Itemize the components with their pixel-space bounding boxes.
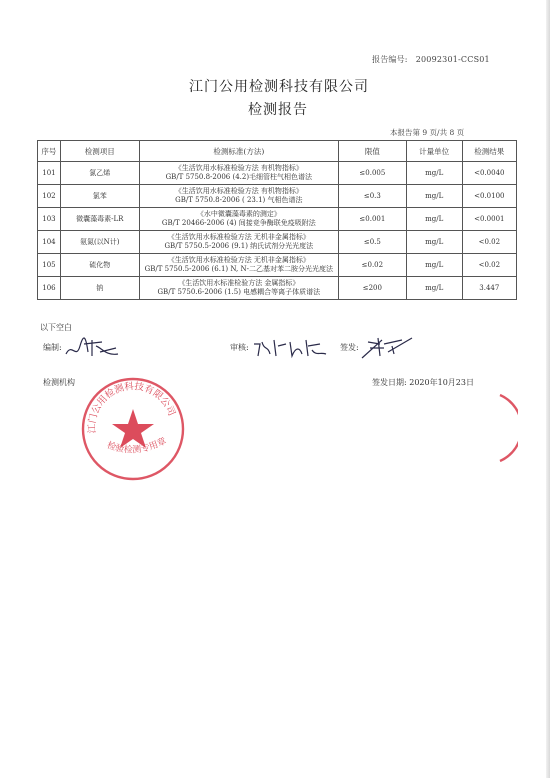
reviewed-signature bbox=[250, 336, 330, 360]
row-result: <0.0100 bbox=[462, 185, 516, 208]
agency-label: 检测机构 bbox=[43, 377, 75, 388]
row-result: <0.02 bbox=[462, 231, 516, 254]
company-name: 江门公用检测科技有限公司 bbox=[0, 76, 550, 96]
page-info: 本报告第 9 页/共 8 页 bbox=[390, 127, 464, 138]
row-result: <0.0001 bbox=[462, 208, 516, 231]
table-row: 105硫化物《生活饮用水标准检验方法 无机非金属指标》GB/T 5750.5-2… bbox=[38, 254, 517, 277]
report-number: 报告编号:20092301-CCS01 bbox=[372, 54, 490, 65]
row-no: 106 bbox=[38, 277, 61, 300]
standard-method: GB/T 20466-2006 (4) 间接竞争酶联免疫吸附法 bbox=[142, 219, 336, 228]
prepared-label: 编制: bbox=[43, 342, 62, 353]
approved-signature bbox=[358, 334, 418, 362]
row-limit: ≤200 bbox=[338, 277, 406, 300]
row-limit: ≤0.005 bbox=[338, 162, 406, 185]
row-result: <0.02 bbox=[462, 254, 516, 277]
row-no: 103 bbox=[38, 208, 61, 231]
table-header-row: 序号 检测项目 检测标准(方法) 限值 计量单位 检测结果 bbox=[38, 141, 517, 162]
row-standard: 《生活饮用水标准检验方法 有机物指标》GB/T 5750.8-2006 (4.2… bbox=[139, 162, 338, 185]
row-standard: 《生活饮用水标准检验方法 有机物指标》GB/T 5750.8-2006 ( 23… bbox=[139, 185, 338, 208]
standard-method: GB/T 5750.8-2006 ( 23.1) 气相色谱法 bbox=[142, 196, 336, 205]
row-no: 105 bbox=[38, 254, 61, 277]
row-limit: ≤0.5 bbox=[338, 231, 406, 254]
row-unit: mg/L bbox=[406, 254, 462, 277]
row-unit: mg/L bbox=[406, 162, 462, 185]
standard-title: 《生活饮用水标准检验方法 金属指标》 bbox=[142, 279, 336, 288]
approved-label: 签发: bbox=[340, 342, 359, 353]
table-row: 104氨氮(以N计)《生活饮用水标准检验方法 无机非金属指标》GB/T 5750… bbox=[38, 231, 517, 254]
star-icon bbox=[112, 409, 154, 448]
issue-date: 签发日期: 2020年10月23日 bbox=[372, 377, 474, 388]
row-no: 101 bbox=[38, 162, 61, 185]
row-unit: mg/L bbox=[406, 185, 462, 208]
row-limit: ≤0.001 bbox=[338, 208, 406, 231]
half-seal-stamp bbox=[498, 393, 518, 463]
row-result: <0.0040 bbox=[462, 162, 516, 185]
row-item: 硫化物 bbox=[60, 254, 139, 277]
row-item: 氯乙烯 bbox=[60, 162, 139, 185]
col-header-item: 检测项目 bbox=[60, 141, 139, 162]
row-item: 氯苯 bbox=[60, 185, 139, 208]
standard-method: GB/T 5750.8-2006 (4.2)毛细管柱气相色谱法 bbox=[142, 173, 336, 182]
row-standard: 《生活饮用水标准检验方法 无机非金属指标》GB/T 5750.5-2006 (9… bbox=[139, 231, 338, 254]
row-standard: 《生活饮用水标准检验方法 金属指标》GB/T 5750.6-2006 (1.5)… bbox=[139, 277, 338, 300]
row-unit: mg/L bbox=[406, 208, 462, 231]
col-header-standard: 检测标准(方法) bbox=[139, 141, 338, 162]
row-unit: mg/L bbox=[406, 231, 462, 254]
row-standard: 《水中微囊藻毒素的测定》GB/T 20466-2006 (4) 间接竞争酶联免疫… bbox=[139, 208, 338, 231]
standard-title: 《生活饮用水标准检验方法 无机非金属指标》 bbox=[142, 256, 336, 265]
standard-title: 《生活饮用水标准检验方法 无机非金属指标》 bbox=[142, 233, 336, 242]
row-item: 钠 bbox=[60, 277, 139, 300]
row-unit: mg/L bbox=[406, 277, 462, 300]
col-header-unit: 计量单位 bbox=[406, 141, 462, 162]
col-header-result: 检测结果 bbox=[462, 141, 516, 162]
standard-method: GB/T 5750.5-2006 (6.1) N, N-二乙基对苯二胺分光光度法 bbox=[142, 265, 336, 274]
results-table: 序号 检测项目 检测标准(方法) 限值 计量单位 检测结果 101氯乙烯《生活饮… bbox=[37, 140, 517, 300]
report-number-label: 报告编号: bbox=[372, 55, 408, 64]
row-standard: 《生活饮用水标准检验方法 无机非金属指标》GB/T 5750.5-2006 (6… bbox=[139, 254, 338, 277]
table-row: 106钠《生活饮用水标准检验方法 金属指标》GB/T 5750.6-2006 (… bbox=[38, 277, 517, 300]
col-header-no-text: 序号 bbox=[41, 147, 56, 156]
issue-date-label: 签发日期: bbox=[372, 378, 407, 387]
table-row: 103微囊藻毒素-LR《水中微囊藻毒素的测定》GB/T 20466-2006 (… bbox=[38, 208, 517, 231]
row-no: 104 bbox=[38, 231, 61, 254]
standard-title: 《生活饮用水标准检验方法 有机物指标》 bbox=[142, 187, 336, 196]
row-limit: ≤0.02 bbox=[338, 254, 406, 277]
standard-title: 《生活饮用水标准检验方法 有机物指标》 bbox=[142, 164, 336, 173]
issue-date-value: 2020年10月23日 bbox=[409, 378, 474, 387]
standard-method: GB/T 5750.6-2006 (1.5) 电感耦合等离子体质谱法 bbox=[142, 288, 336, 297]
row-limit: ≤0.3 bbox=[338, 185, 406, 208]
table-row: 102氯苯《生活饮用水标准检验方法 有机物指标》GB/T 5750.8-2006… bbox=[38, 185, 517, 208]
row-item: 微囊藻毒素-LR bbox=[60, 208, 139, 231]
col-header-limit: 限值 bbox=[338, 141, 406, 162]
row-result: 3.447 bbox=[462, 277, 516, 300]
report-number-value: 20092301-CCS01 bbox=[416, 55, 490, 64]
row-item: 氨氮(以N计) bbox=[60, 231, 139, 254]
blank-note: 以下空白 bbox=[40, 322, 72, 333]
standard-title: 《水中微囊藻毒素的测定》 bbox=[142, 210, 336, 219]
prepared-signature bbox=[62, 334, 122, 362]
standard-method: GB/T 5750.5-2006 (9.1) 纳氏试剂分光光度法 bbox=[142, 242, 336, 251]
col-header-no: 序号 bbox=[38, 141, 61, 162]
official-seal-stamp: 江门公用检测科技有限公司 检验检测专用章 bbox=[78, 374, 188, 484]
reviewed-label: 审核: bbox=[230, 342, 249, 353]
report-title: 检测报告 bbox=[0, 99, 550, 119]
table-row: 101氯乙烯《生活饮用水标准检验方法 有机物指标》GB/T 5750.8-200… bbox=[38, 162, 517, 185]
row-no: 102 bbox=[38, 185, 61, 208]
